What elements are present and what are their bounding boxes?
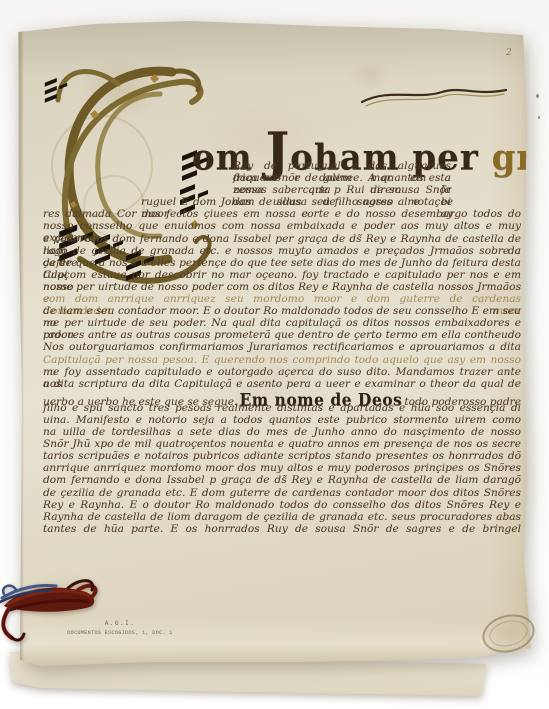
text-line: Capitulaçã per nossa pesoa. E querendo n… bbox=[43, 354, 521, 366]
text-line: uina. Manifesto e notorio seja a todos q… bbox=[43, 414, 521, 426]
manuscript-text-block: Rey de purtugual e dos alguarues daquem … bbox=[43, 160, 521, 535]
archive-stamp-line2: DOCUMENTOS ESCOGIDOS, 1, DOC. 1 bbox=[56, 630, 184, 636]
text-line: me foy assentado capitulado e outorgado … bbox=[43, 366, 521, 378]
folio-number: 2 bbox=[506, 48, 512, 58]
text-line: Rey e Raynha. E o doutor Ro maldonado to… bbox=[43, 499, 521, 511]
text-line: Rey de purtugual e dos alguarues daquem … bbox=[233, 160, 451, 172]
text-line: com dom anrrique anrriquez seu mordomo m… bbox=[43, 293, 521, 305]
ink-speck bbox=[538, 116, 540, 119]
text-line: Raynha de castella de liom daragom de çe… bbox=[43, 511, 521, 523]
text-line: tulaçom estaua por descobrir no mar oçea… bbox=[43, 269, 521, 281]
text-line: ça de que a nos e a elles pertençe do qu… bbox=[43, 257, 521, 269]
text-line: na uilla de tordesilhas a sete dias do m… bbox=[43, 426, 521, 438]
text-line: nosso consselho que enuiamos com nossa e… bbox=[43, 220, 521, 232]
text-line: ragõ de çezilia de granada etc. e nossos… bbox=[43, 245, 521, 257]
text-line: Snõr Jhũ xpo de mil quatroçentos nouenta… bbox=[43, 438, 521, 450]
text-line: frica e Snõr de guinee. A quantos esta n… bbox=[233, 172, 451, 184]
text-line: tantes de hũa parte. E os honrrados Ruy … bbox=[43, 523, 521, 535]
text-line: anrrique anrriquez mordomo moor dos muy … bbox=[43, 462, 521, 474]
ink-speck bbox=[536, 94, 539, 98]
photo-backdrop: 2 bbox=[0, 0, 549, 709]
text-line: me per uirtude de seu poder. Na qual dit… bbox=[43, 317, 521, 329]
text-line: Nos outorguariamos confirmariamos Jurari… bbox=[43, 341, 521, 353]
pen-flourish-icon bbox=[358, 82, 518, 112]
seal-cords bbox=[0, 568, 123, 660]
text-line: uerbo a uerbo he este que se segue.Em no… bbox=[43, 390, 521, 402]
text-line: radores antre as outras cousas prometerã… bbox=[43, 329, 521, 341]
text-line: nome per uirtude de nosso poder com os d… bbox=[43, 281, 521, 293]
archive-stamp-line1: A.G.I. bbox=[56, 620, 184, 627]
oval-archive-stamp-inner bbox=[487, 617, 531, 651]
text-line: e poderosos dom fernando e dona Issabel … bbox=[43, 233, 521, 245]
text-line: de çezilia de granada etc. E dom guterre… bbox=[43, 487, 521, 499]
text-line: tarios scripuães e notairos pubricos adi… bbox=[43, 450, 521, 462]
archive-reference-stamp: A.G.I. DOCUMENTOS ESCOGIDOS, 1, DOC. 1 bbox=[56, 620, 184, 636]
text-line: dom fernando e dona Issabel p graça de d… bbox=[43, 474, 521, 486]
text-line: res dalmada Cor dos fectos çiuees em nos… bbox=[43, 208, 521, 220]
text-line: ruguel E dom Joham de sousa seu filho no… bbox=[141, 196, 453, 208]
inline-section-heading: Em nome de Deos bbox=[239, 389, 402, 410]
text-line: de liam e seu contador moor. E o doutor … bbox=[43, 305, 521, 317]
text-line: zemos saber que p Rui de sousa Snõr das … bbox=[233, 184, 451, 196]
text-line: a dita scriptura da dita Capitulaçã e as… bbox=[43, 378, 521, 390]
